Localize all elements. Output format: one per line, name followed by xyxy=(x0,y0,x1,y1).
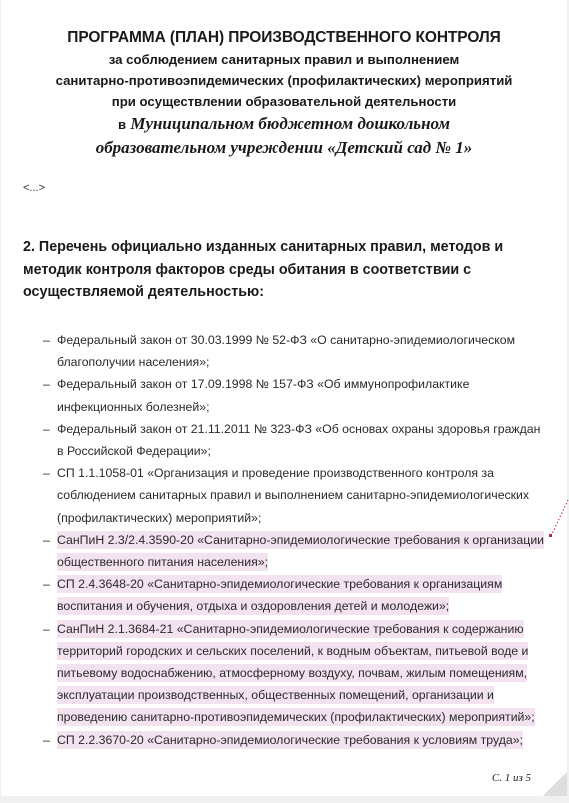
highlighted-text: СанПиН 2.1.3684-21 «Санитарно-эпидемиоло… xyxy=(57,620,535,727)
organization-name-cont: образовательном учреждении «Детский сад … xyxy=(1,136,567,159)
regulations-list: –Федеральный закон от 30.03.1999 № 52-ФЗ… xyxy=(43,329,548,751)
dash-bullet: – xyxy=(43,529,50,551)
highlighted-text: СП 2.2.3670-20 «Санитарно-эпидемиологиче… xyxy=(57,731,523,749)
list-item-text: Федеральный закон от 30.03.1999 № 52-ФЗ … xyxy=(57,333,515,369)
dash-bullet: – xyxy=(43,373,50,395)
list-item: –СанПиН 2.1.3684-21 «Санитарно-эпидемиол… xyxy=(43,618,548,729)
list-item: –Федеральный закон от 17.09.1998 № 157-Ф… xyxy=(43,373,548,417)
list-item: –Федеральный закон от 30.03.1999 № 52-ФЗ… xyxy=(43,329,548,373)
section-number: 2. xyxy=(23,239,35,255)
document-page: ПРОГРАММА (ПЛАН) ПРОИЗВОДСТВЕННОГО КОНТР… xyxy=(1,0,567,796)
page-curl xyxy=(543,772,567,796)
dash-bullet: – xyxy=(43,729,50,751)
organization-name: в Муниципальном бюджетном дошкольном xyxy=(1,112,567,136)
highlighted-text: СанПиН 2.3/2.4.3590-20 «Санитарно-эпидем… xyxy=(57,531,544,571)
subtitle-line: при осуществлении образовательной деятел… xyxy=(1,91,567,112)
highlighted-text: СП 2.4.3648-20 «Санитарно-эпидемиологиче… xyxy=(57,575,502,615)
dash-bullet: – xyxy=(43,618,50,640)
annotation-leader-line xyxy=(549,498,569,538)
org-line: образовательном учреждении «Детский сад … xyxy=(96,138,473,157)
org-line: Муниципальном бюджетном дошкольном xyxy=(130,114,450,133)
dash-bullet: – xyxy=(43,462,50,484)
subtitle-line: за соблюдением санитарных правил и выпол… xyxy=(1,49,567,70)
list-item: –Федеральный закон от 21.11.2011 № 323-Ф… xyxy=(43,418,548,462)
list-item: –СП 1.1.1058-01 «Организация и проведени… xyxy=(43,462,548,529)
dash-bullet: – xyxy=(43,329,50,351)
document-header: ПРОГРАММА (ПЛАН) ПРОИЗВОДСТВЕННОГО КОНТР… xyxy=(1,27,567,159)
list-item-text: СП 1.1.1058-01 «Организация и проведение… xyxy=(57,466,529,524)
section-heading: 2. Перечень официально изданных санитарн… xyxy=(23,236,543,304)
list-item: –СП 2.4.3648-20 «Санитарно-эпидемиологич… xyxy=(43,573,548,617)
list-item-text: Федеральный закон от 21.11.2011 № 323-ФЗ… xyxy=(57,422,540,458)
dash-bullet: – xyxy=(43,418,50,440)
omitted-text-marker: <...> xyxy=(23,182,45,194)
subtitle-line: санитарно-противоэпидемических (профилак… xyxy=(1,70,567,91)
document-title: ПРОГРАММА (ПЛАН) ПРОИЗВОДСТВЕННОГО КОНТР… xyxy=(1,27,567,49)
org-prefix: в xyxy=(118,117,126,132)
list-item: –СП 2.2.3670-20 «Санитарно-эпидемиологич… xyxy=(43,729,548,751)
dash-bullet: – xyxy=(43,573,50,595)
list-item: –СанПиН 2.3/2.4.3590-20 «Санитарно-эпиде… xyxy=(43,529,548,573)
list-item-text: Федеральный закон от 17.09.1998 № 157-ФЗ… xyxy=(57,377,469,413)
page-number: С. 1 из 5 xyxy=(492,772,531,784)
section-heading-text: Перечень официально изданных санитарных … xyxy=(23,239,503,300)
